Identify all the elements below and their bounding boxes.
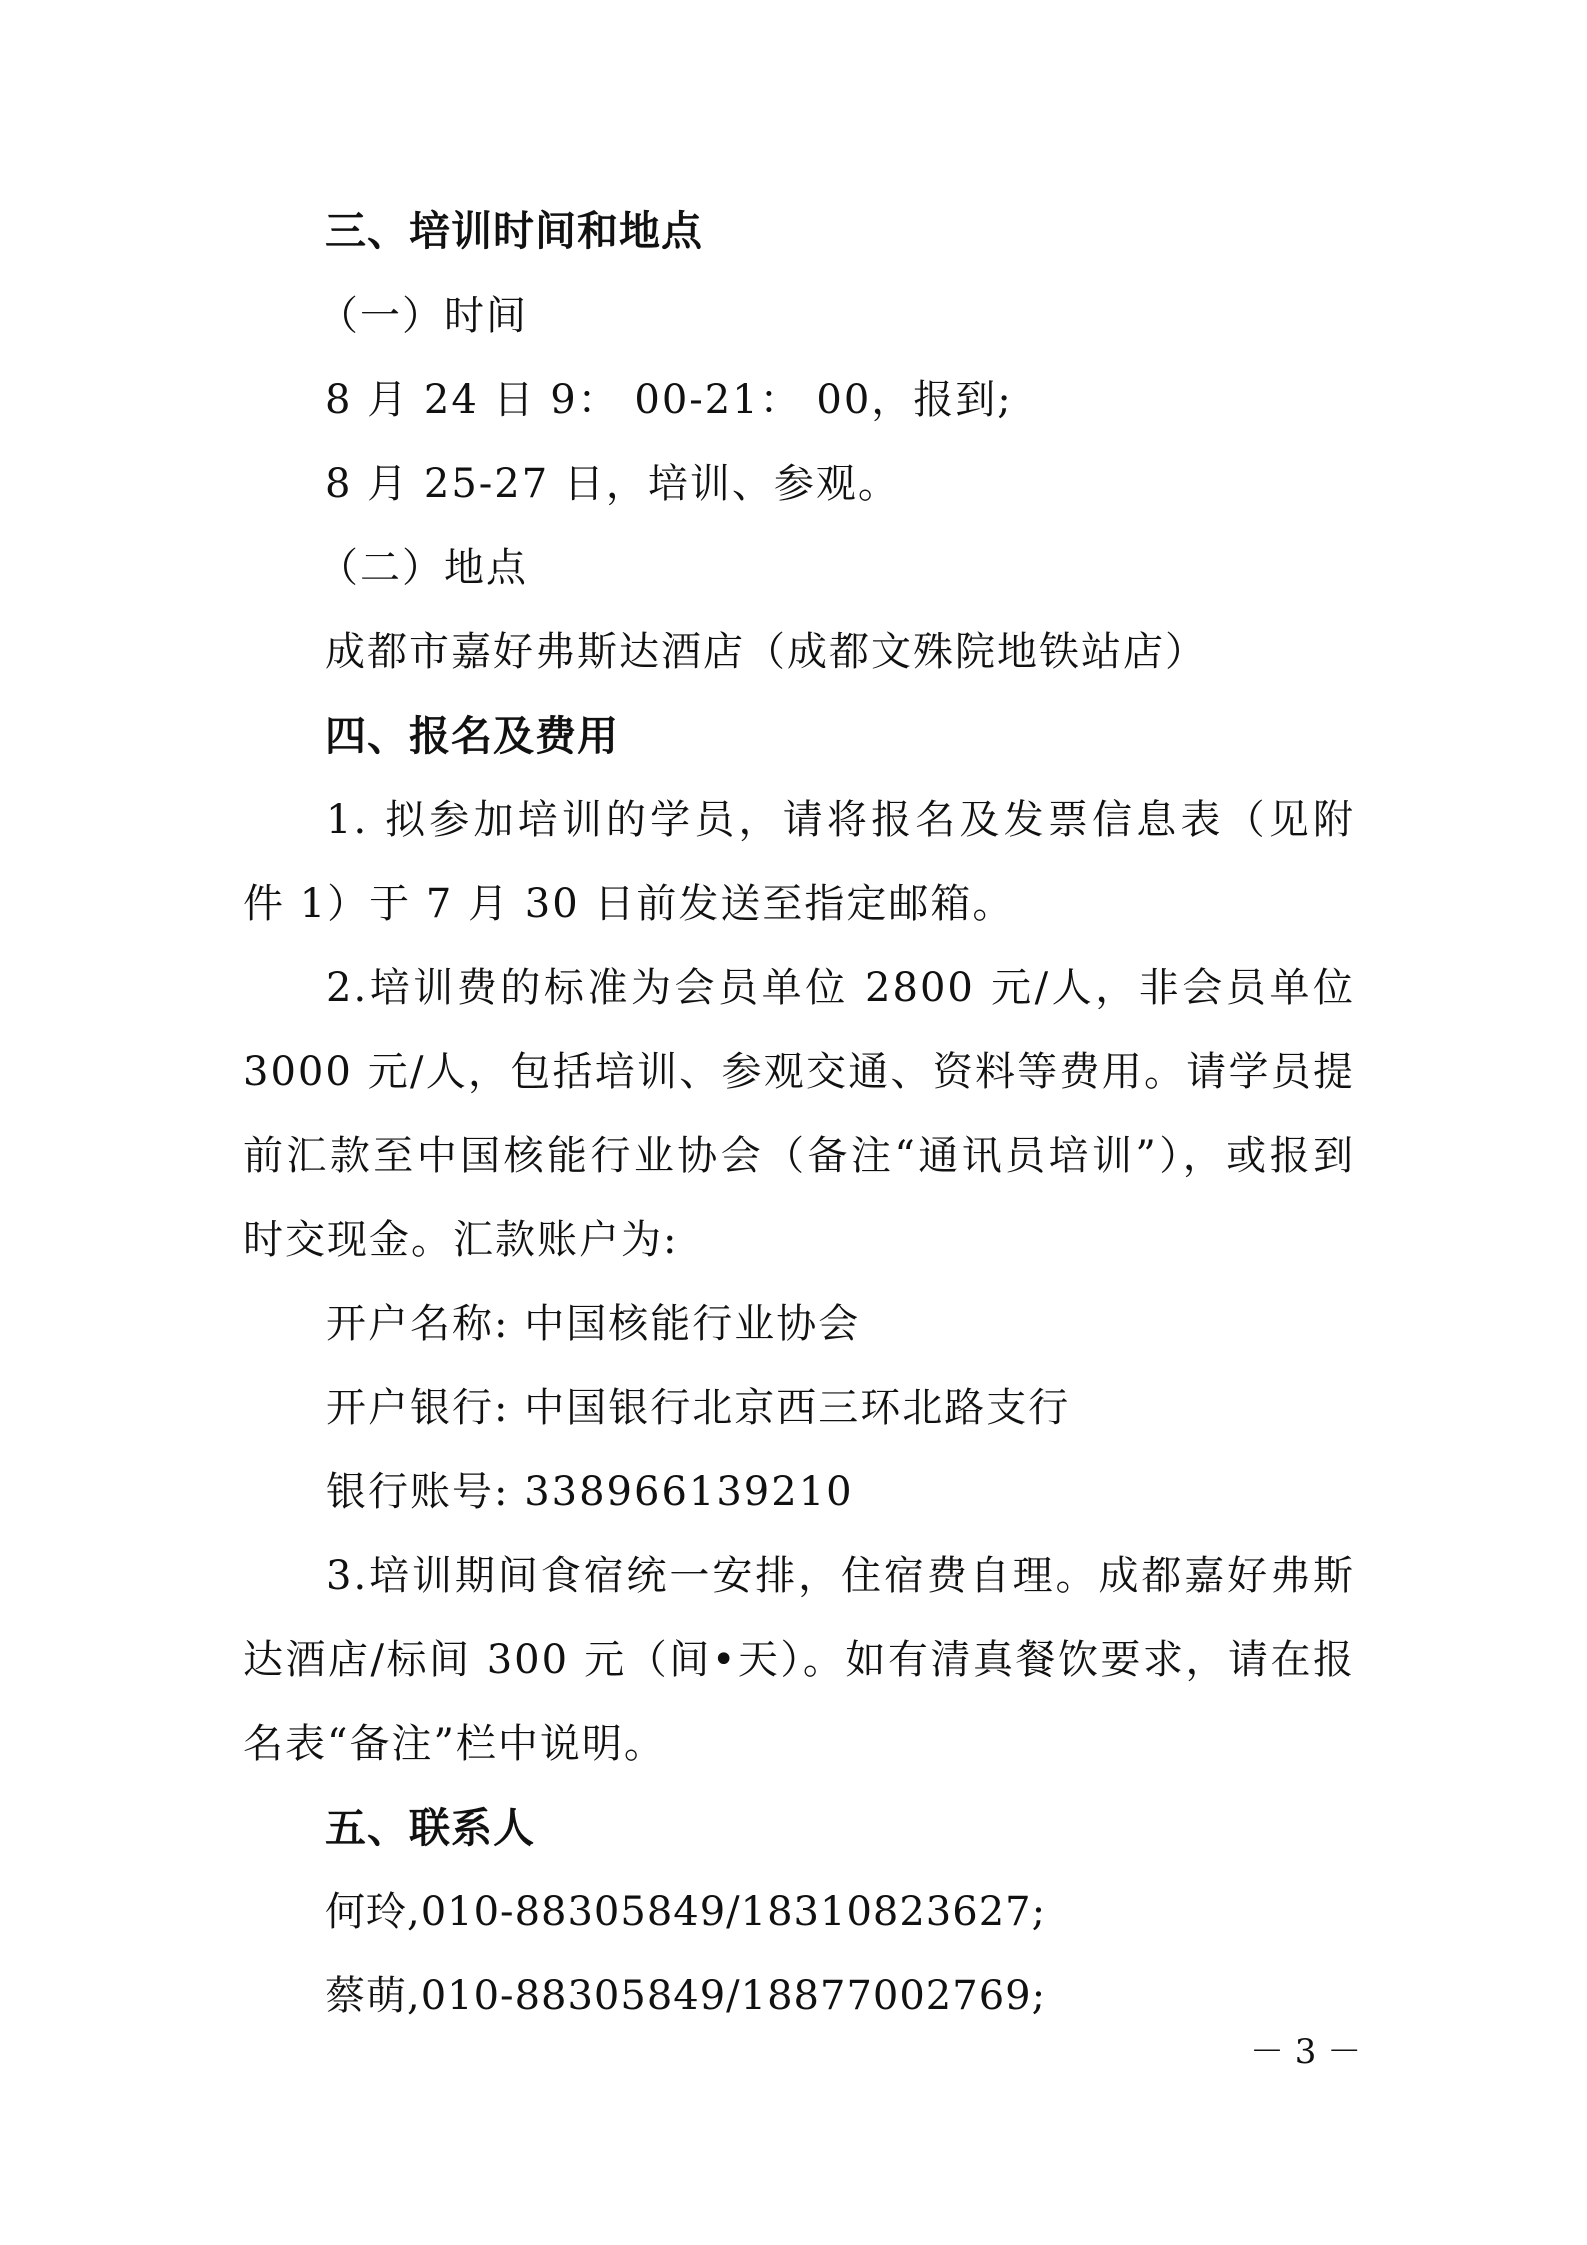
- document-page: 三、培训时间和地点 （一）时间 8 月 24 日 9： 00-21： 00，报到…: [0, 0, 1587, 2245]
- item1-line2: 件 1）于 7 月 30 日前发送至指定邮箱。: [243, 876, 1355, 932]
- account-bank-value: 中国银行北京西三环北路支行: [524, 1385, 1070, 1431]
- section-heading-contacts: 五、联系人: [325, 1800, 1437, 1856]
- subheading-location: （二）地点: [318, 540, 1430, 596]
- item2-line4: 时交现金。汇款账户为:: [243, 1212, 1355, 1268]
- item3-line2: 达酒店/标间 300 元（间•天）。如有清真餐饮要求，请在报: [243, 1632, 1355, 1688]
- account-name-row: 开户名称: 中国核能行业协会: [326, 1296, 1438, 1352]
- page-number: － 3 －: [1250, 2032, 1361, 2072]
- account-bank-row: 开户银行: 中国银行北京西三环北路支行: [326, 1380, 1438, 1436]
- item2-line2: 3000 元/人，包括培训、参观交通、资料等费用。请学员提: [243, 1044, 1355, 1100]
- account-number-value: 338966139210: [524, 1469, 853, 1515]
- section-heading-training-time-location: 三、培训时间和地点: [325, 203, 1437, 259]
- time-line-registration: 8 月 24 日 9： 00-21： 00，报到;: [325, 372, 1437, 428]
- account-number-label: 银行账号:: [326, 1469, 509, 1515]
- item2-line1: 2.培训费的标准为会员单位 2800 元/人，非会员单位: [326, 960, 1355, 1016]
- item2-line3: 前汇款至中国核能行业协会（备注“通讯员培训”），或报到: [243, 1128, 1355, 1184]
- section-heading-registration-fees: 四、报名及费用: [325, 708, 1437, 764]
- time-line-training: 8 月 25-27 日，培训、参观。: [325, 456, 1437, 512]
- account-bank-label: 开户银行:: [326, 1385, 509, 1431]
- contact-he-ling: 何玲,010-88305849/18310823627;: [325, 1884, 1437, 1940]
- location-line: 成都市嘉好弗斯达酒店（成都文殊院地铁站店）: [325, 624, 1437, 680]
- account-name-label: 开户名称:: [326, 1301, 509, 1347]
- account-name-value: 中国核能行业协会: [524, 1301, 860, 1347]
- subheading-time: （一）时间: [318, 288, 1430, 344]
- account-number-row: 银行账号: 338966139210: [326, 1464, 1438, 1520]
- contact-cai-meng: 蔡萌,010-88305849/18877002769;: [325, 1968, 1437, 2024]
- item1-line1: 1. 拟参加培训的学员，请将报名及发票信息表（见附: [326, 792, 1355, 848]
- item3-line3: 名表“备注”栏中说明。: [243, 1716, 1355, 1772]
- item3-line1: 3.培训期间食宿统一安排，住宿费自理。成都嘉好弗斯: [326, 1548, 1355, 1604]
